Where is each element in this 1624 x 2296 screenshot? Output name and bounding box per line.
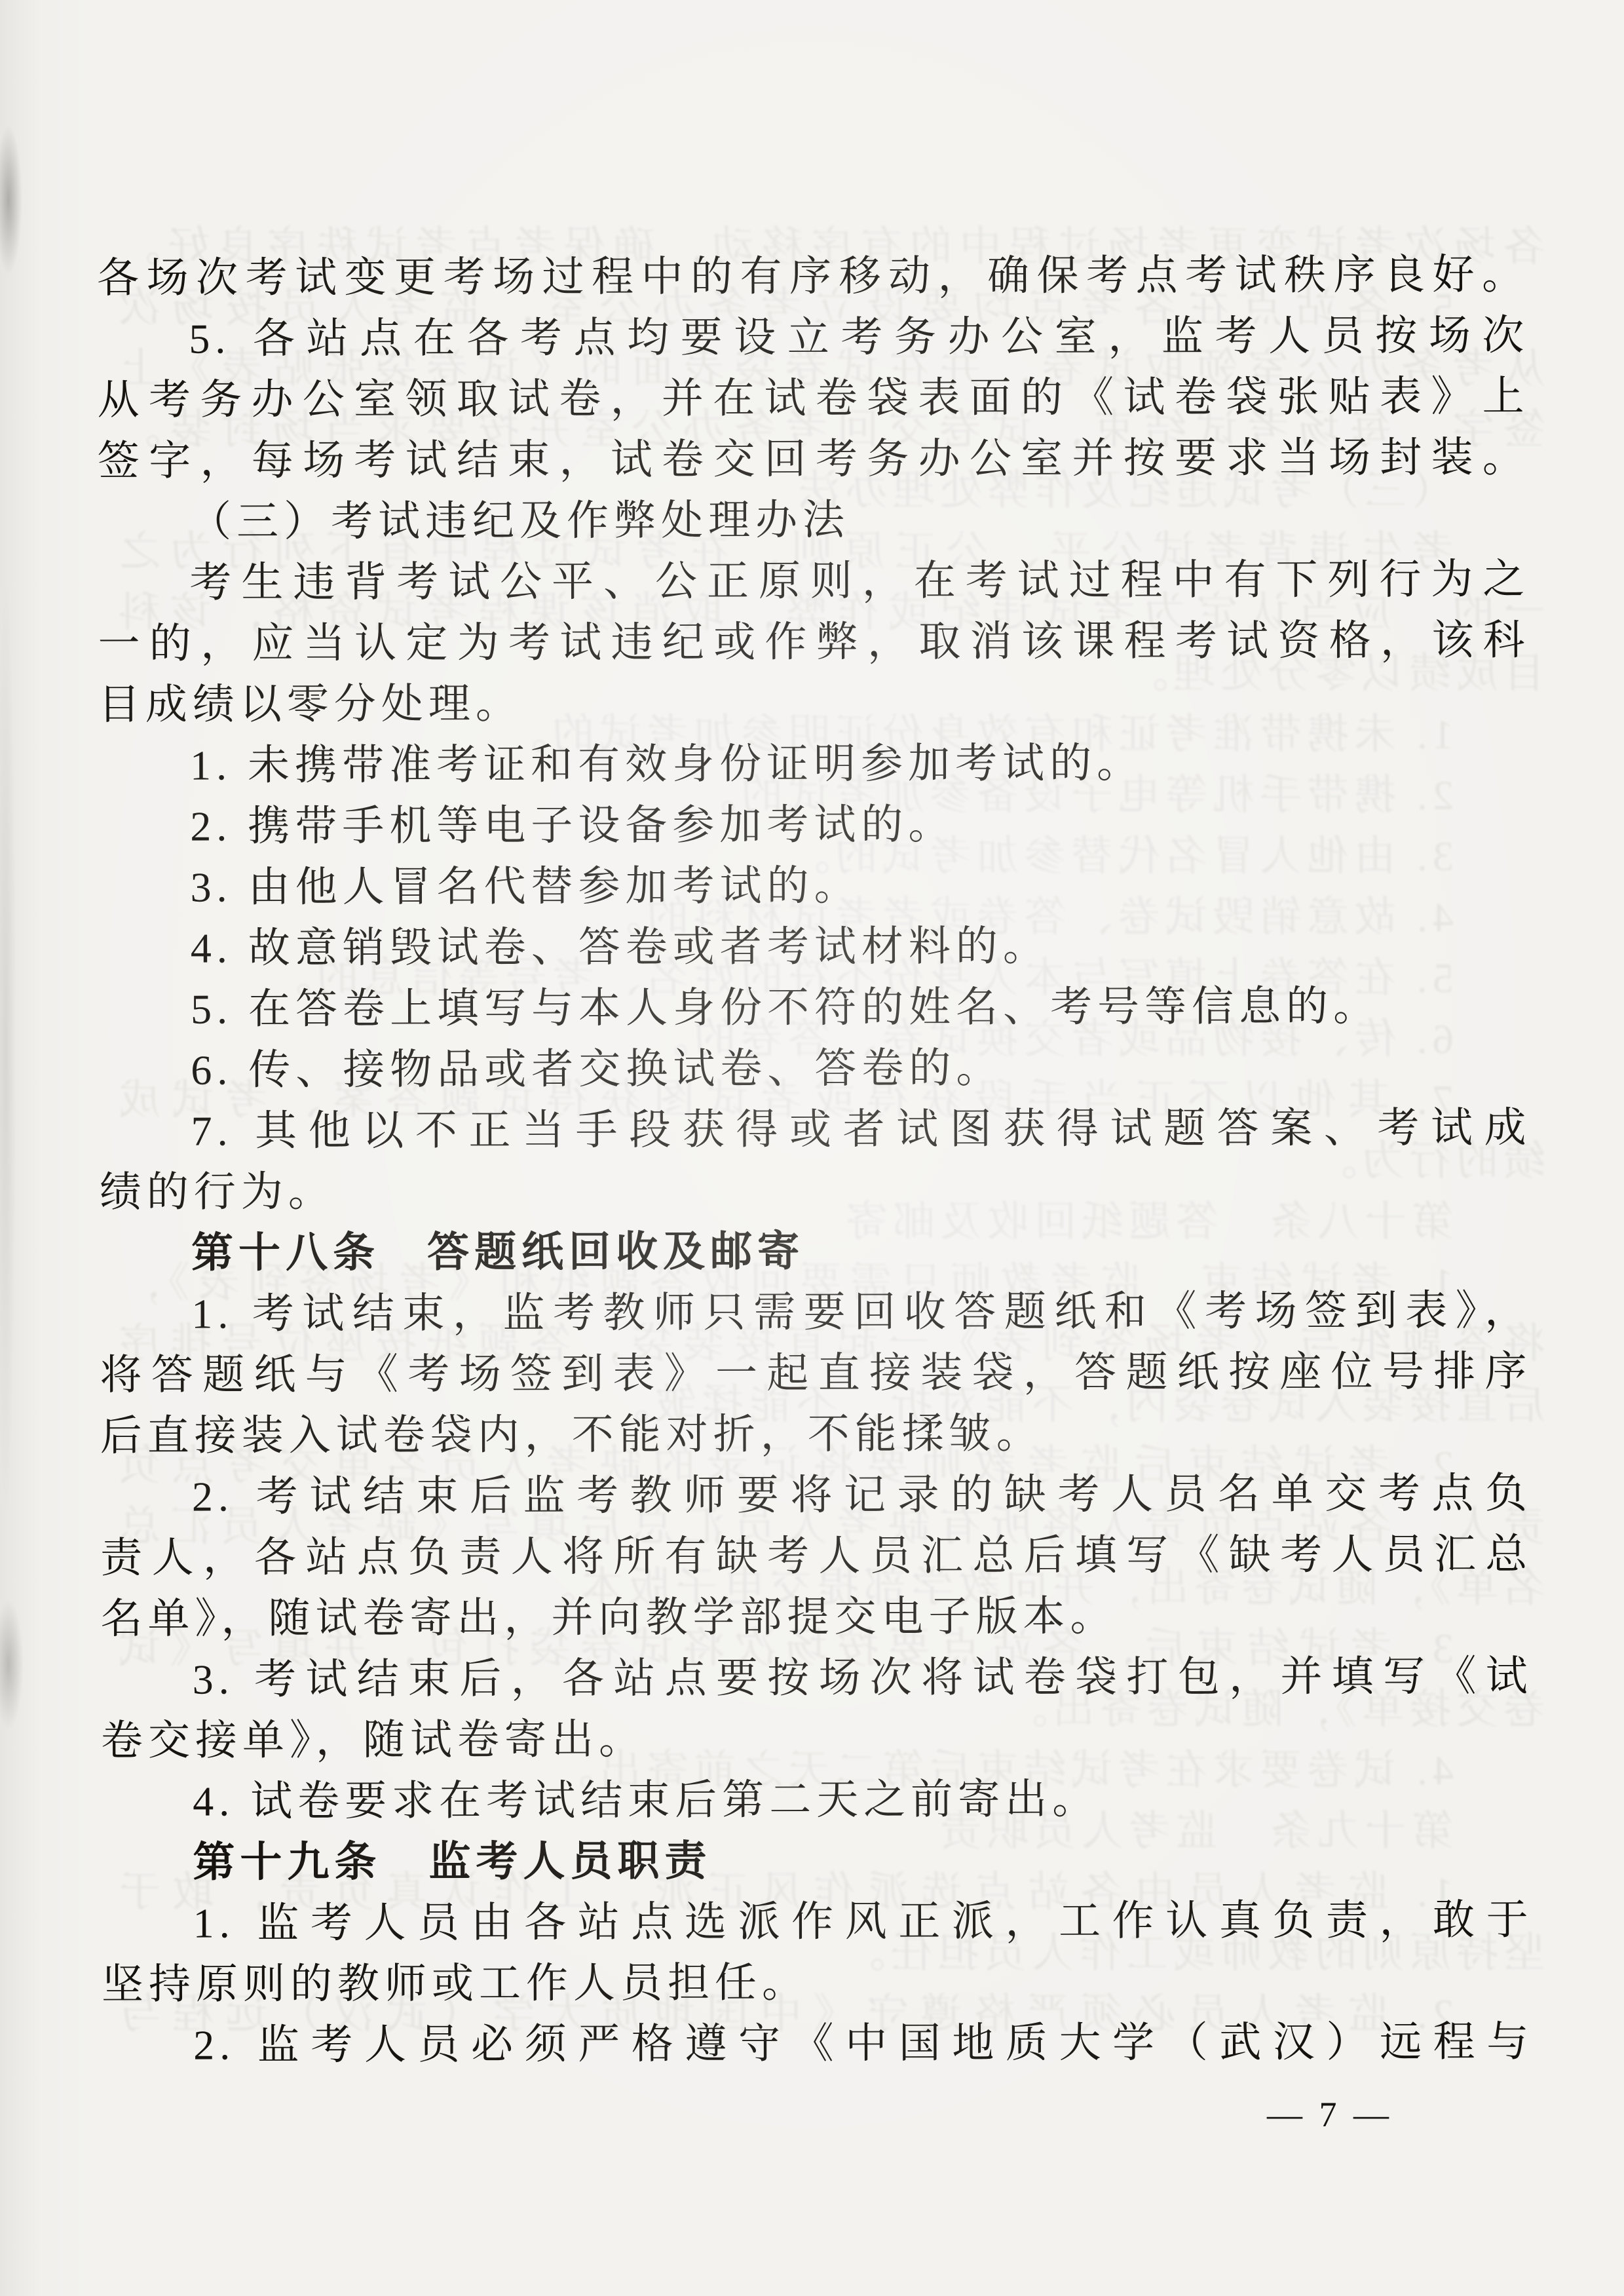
text-line: 目成绩以零分处理。 [98, 670, 1530, 735]
text-line: 后直接装入试卷袋内，不能对折，不能揉皱。 [100, 1402, 1532, 1466]
scanned-document-page: 各场次考试变更考场过程中的有序移动，确保考点考试秩序良好。5. 各站点在各考点均… [0, 0, 1624, 2296]
text-line: 坚持原则的教师或工作人员担任。 [102, 1950, 1534, 2015]
text-line: 将答题纸与《考场签到表》一起直接装袋，答题纸按座位号排序 [100, 1341, 1532, 1406]
text-line: 5. 各站点在各考点均要设立考务办公室，监考人员按场次 [97, 305, 1529, 370]
text-line: 1. 考试结束，监考教师只需要回收答题纸和《考场签到表》， [100, 1280, 1532, 1345]
text-line: 第十九条 监考人员职责 [101, 1828, 1533, 1893]
text-line: 从考务办公室领取试卷，并在试卷袋表面的《试卷袋张贴表》上 [97, 366, 1529, 430]
text-line: （三）考试违纪及作弊处理办法 [98, 488, 1530, 552]
text-line: 名单》，随试卷寄出，并向教学部提交电子版本。 [100, 1584, 1532, 1649]
text-line: 7. 其他以不正当手段获得或者试图获得试题答案、考试成 [99, 1097, 1531, 1162]
text-line: 1. 未携带准考证和有效身份证明参加考试的。 [98, 731, 1530, 796]
scan-smudge [0, 590, 16, 1507]
text-line: 3. 由他人冒名代替参加考试的。 [98, 853, 1530, 918]
text-line: 各场次考试变更考场过程中的有序移动，确保考点考试秩序良好。 [97, 244, 1529, 309]
text-line: 卷交接单》，随试卷寄出。 [101, 1706, 1533, 1771]
text-line: 第十八条 答题纸回收及邮寄 [100, 1219, 1532, 1284]
text-line: 2. 考试结束后监考教师要将记录的缺考人员名单交考点负 [100, 1463, 1532, 1527]
text-line: 签字，每场考试结束，试卷交回考务办公室并按要求当场封装。 [98, 427, 1530, 491]
text-line: 5. 在答卷上填写与本人身份不符的姓名、考号等信息的。 [99, 975, 1531, 1040]
document-body: 各场次考试变更考场过程中的有序移动，确保考点考试秩序良好。5. 各站点在各考点均… [97, 244, 1534, 2076]
scan-smudge [0, 124, 22, 275]
text-line: 4. 试卷要求在考试结束后第二天之前寄出。 [101, 1767, 1533, 1832]
text-line: 4. 故意销毁试卷、答卷或者考试材料的。 [99, 914, 1531, 979]
text-line: 责人，各站点负责人将所有缺考人员汇总后填写《缺考人员汇总 [100, 1523, 1532, 1588]
text-line: 一的，应当认定为考试违纪或作弊，取消该课程考试资格，该科 [98, 609, 1530, 674]
text-line: 1. 监考人员由各站点选派作风正派，工作认真负责，敢于 [102, 1889, 1534, 1954]
text-line: 2. 携带手机等电子设备参加考试的。 [98, 792, 1530, 857]
text-line: 绩的行为。 [100, 1158, 1532, 1223]
text-line: 3. 考试结束后，各站点要按场次将试卷袋打包，并填写《试 [101, 1645, 1533, 1710]
text-line: 2. 监考人员必须严格遵守《中国地质大学（武汉）远程与 [102, 2011, 1534, 2076]
text-line: 6. 传、接物品或者交换试卷、答卷的。 [99, 1036, 1531, 1101]
text-line: 考生违背考试公平、公正原则，在考试过程中有下列行为之 [98, 548, 1530, 613]
scan-smudge [0, 1599, 24, 1730]
page-number: — 7 — [1245, 2094, 1415, 2135]
